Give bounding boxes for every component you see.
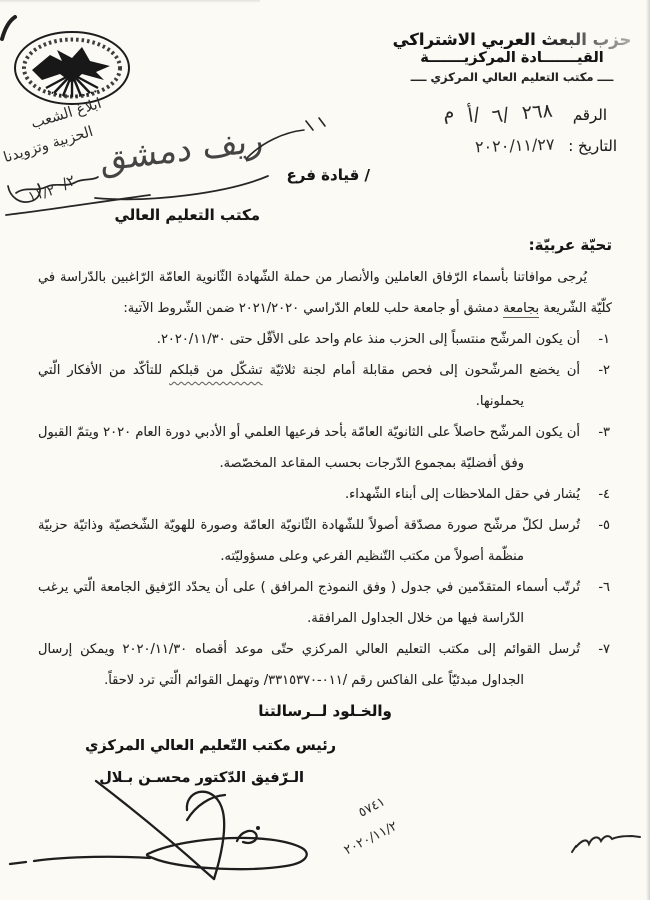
received-date-handwritten: ٢٠٢٠/١١/٢ <box>342 819 400 859</box>
condition-text: / وتهمل القوائم الّتي ترد لاحقاً. <box>104 673 268 688</box>
letter-body: يُرجى موافاتنا بأسماء الرّفاق العاملين و… <box>38 262 612 794</box>
condition-item: ٢-أن يخضع المرشّحون إلى فحص مقابلة أمام … <box>38 355 612 417</box>
condition-text: أن يخضع المرشّحون إلى فحص مقابلة أمام لج… <box>263 363 580 378</box>
condition-text: يُشار في حقل الملاحظات إلى أبناء الشّهدا… <box>345 487 580 502</box>
scanned-letter-page: حزب البعث العربي الاشتراكي القيـــــــاد… <box>0 0 650 900</box>
scan-edge-shadow-top <box>0 0 260 3</box>
ref-number-part: م <box>440 101 456 125</box>
condition-text: ٠١١-٣٣١٥٣٧٠ <box>268 673 343 688</box>
condition-item: ٦-تُرتّب أسماء المتقدّمين في جدول ( وفق … <box>38 572 612 634</box>
condition-text: تُرسل لكلّ مرشّح صورة مصدّقة أصولاً للشّ… <box>38 518 580 564</box>
condition-number: ١- <box>598 324 610 355</box>
date-row: التاريخ : ٢٠٢٠/١١/٢٧ <box>475 136 617 155</box>
date-value: ٢٠٢٠/١١/٢٧ <box>474 135 554 157</box>
letterhead: حزب البعث العربي الاشتراكي القيـــــــاد… <box>384 30 640 84</box>
intro-text-after: دمشق أو جامعة حلب للعام الدّراسي ٢٠٢١/٢٠… <box>123 301 503 316</box>
ref-number-label: الرقم <box>573 106 607 124</box>
greeting: تحيّة عربيّة: <box>529 236 612 254</box>
branch-command-label: / قيادة فرع <box>287 166 370 184</box>
date-label: التاريخ : <box>568 137 617 155</box>
handwritten-margin-date: ١١/٢ <box>26 183 57 206</box>
intro-underlined-word: بجامعة <box>503 301 539 318</box>
ref-number-value: مأ/٦/٢٦٨ <box>443 100 554 128</box>
condition-number: ٦- <box>598 572 610 603</box>
condition-number: ٢- <box>598 355 610 386</box>
letterhead-office-name: ــــ مكتب التعليم العالي المركزي ــــ <box>384 70 640 84</box>
recipient-office: مكتب التعليم العالي <box>114 206 260 224</box>
condition-number: ٤- <box>598 479 610 510</box>
condition-number: ٧- <box>598 634 610 665</box>
ref-number-part: أ/ <box>466 103 481 127</box>
condition-item: ١-أن يكون المرشّح منتسباً إلى الحزب منذ … <box>38 324 612 355</box>
ref-number-part: ٢٦٨ <box>521 100 553 125</box>
letterhead-central-command: القيـــــــادة المركزيـــــــة <box>384 50 640 66</box>
condition-text: تُرتّب أسماء المتقدّمين في جدول ( وفق ال… <box>38 580 580 626</box>
condition-text: أن يكون المرشّح حاصلاً على الثانويّة الع… <box>38 425 580 471</box>
intro-paragraph: يُرجى موافاتنا بأسماء الرّفاق العاملين و… <box>38 262 612 324</box>
conditions-list: ١-أن يكون المرشّح منتسباً إلى الحزب منذ … <box>38 324 612 696</box>
condition-item: ٥-تُرسل لكلّ مرشّح صورة مصدّقة أصولاً لل… <box>38 510 612 572</box>
pen-signature-scribble <box>10 781 307 879</box>
condition-item: ٣-أن يكون المرشّح حاصلاً على الثانويّة ا… <box>38 417 612 479</box>
condition-number: ٥- <box>598 510 610 541</box>
baath-party-eagle-emblem-icon <box>10 28 134 108</box>
signer-name: الـرّفيق الدّكتور محسـن بـلال <box>99 763 304 794</box>
condition-text: تشكّل من قبلكم <box>169 363 262 378</box>
signer-title: رئيس مكتب التّعليم العالي المركزي <box>85 731 336 762</box>
ref-number-part: ٦/ <box>491 103 512 128</box>
condition-item: ٤-يُشار في حقل الملاحظات إلى أبناء الشّه… <box>38 479 612 510</box>
closing-slogan: والخـلود لــرسالتنا <box>38 696 612 727</box>
branch-underline-stroke <box>95 176 268 199</box>
branch-name-handwritten: ريف دمشق <box>82 118 281 183</box>
handwritten-tail-number: ٢/ <box>59 171 78 193</box>
condition-number: ٣- <box>598 417 610 448</box>
handwritten-note-2: الحزبية وتزويدنا <box>2 124 95 166</box>
scan-edge-shadow <box>646 0 650 900</box>
received-number-handwritten: ٥٧٤١ <box>356 794 388 820</box>
letterhead-party-name: حزب البعث العربي الاشتراكي <box>384 30 640 49</box>
ref-number-row: الرقم مأ/٦/٢٦٨ <box>443 103 607 125</box>
condition-text: أن يكون المرشّح منتسباً إلى الحزب منذ عا… <box>157 332 580 347</box>
condition-item: ٧-تُرسل القوائم إلى مكتب التعليم العالي … <box>38 634 612 696</box>
bottom-right-scribble <box>576 836 640 847</box>
